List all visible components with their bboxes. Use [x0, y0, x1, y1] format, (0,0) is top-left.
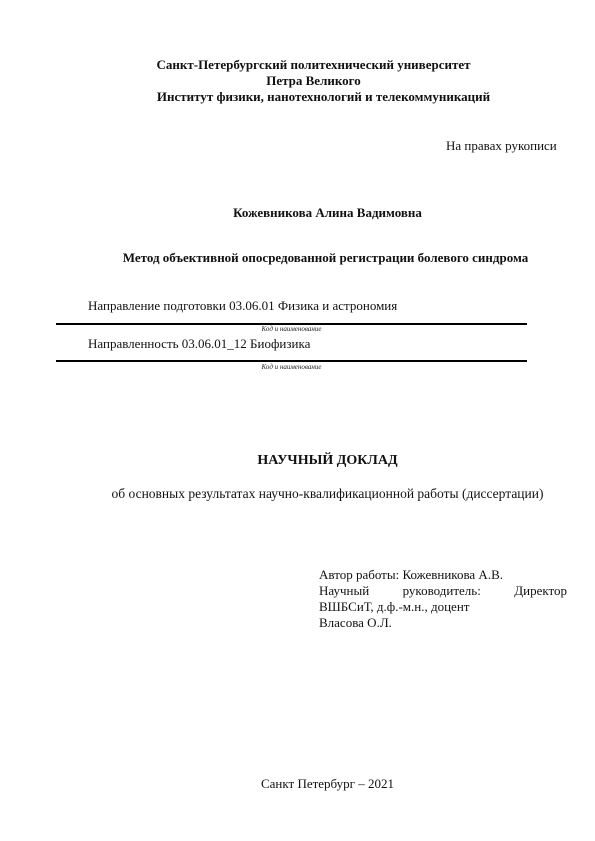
university-name: Санкт-Петербургский политехнический унив…	[0, 57, 595, 73]
training-direction: Направление подготовки 03.06.01 Физика и…	[88, 298, 397, 314]
university-name-continued: Петра Великого	[0, 73, 595, 89]
divider-line	[56, 360, 527, 362]
author-full-name: Кожевникова Алина Вадимовна	[0, 205, 595, 221]
report-title: НАУЧНЫЙ ДОКЛАД	[0, 453, 595, 469]
supervisor-line: Научный руководитель: Директор	[319, 583, 567, 599]
program-focus: Направленность 03.06.01_12 Биофизика	[88, 336, 310, 352]
supervisor-name: Власова О.Л.	[319, 615, 567, 631]
report-subtitle: об основных результатах научно-квалифика…	[0, 486, 595, 502]
supervisor-credentials: ВШБСиТ, д.ф.-м.н., доцент	[319, 599, 567, 615]
institute-name: Институт физики, нанотехнологий и телеко…	[0, 89, 595, 105]
rights-note: На правах рукописи	[446, 138, 557, 154]
direction-caption: Код и наименование	[56, 325, 527, 333]
author-line: Автор работы: Кожевникова А.В.	[319, 567, 567, 583]
author-block: Автор работы: Кожевникова А.В. Научный р…	[319, 567, 567, 631]
city-year: Санкт Петербург – 2021	[0, 776, 595, 792]
focus-caption: Код и наименование	[56, 363, 527, 371]
work-title: Метод объективной опосредованной регистр…	[0, 250, 595, 266]
